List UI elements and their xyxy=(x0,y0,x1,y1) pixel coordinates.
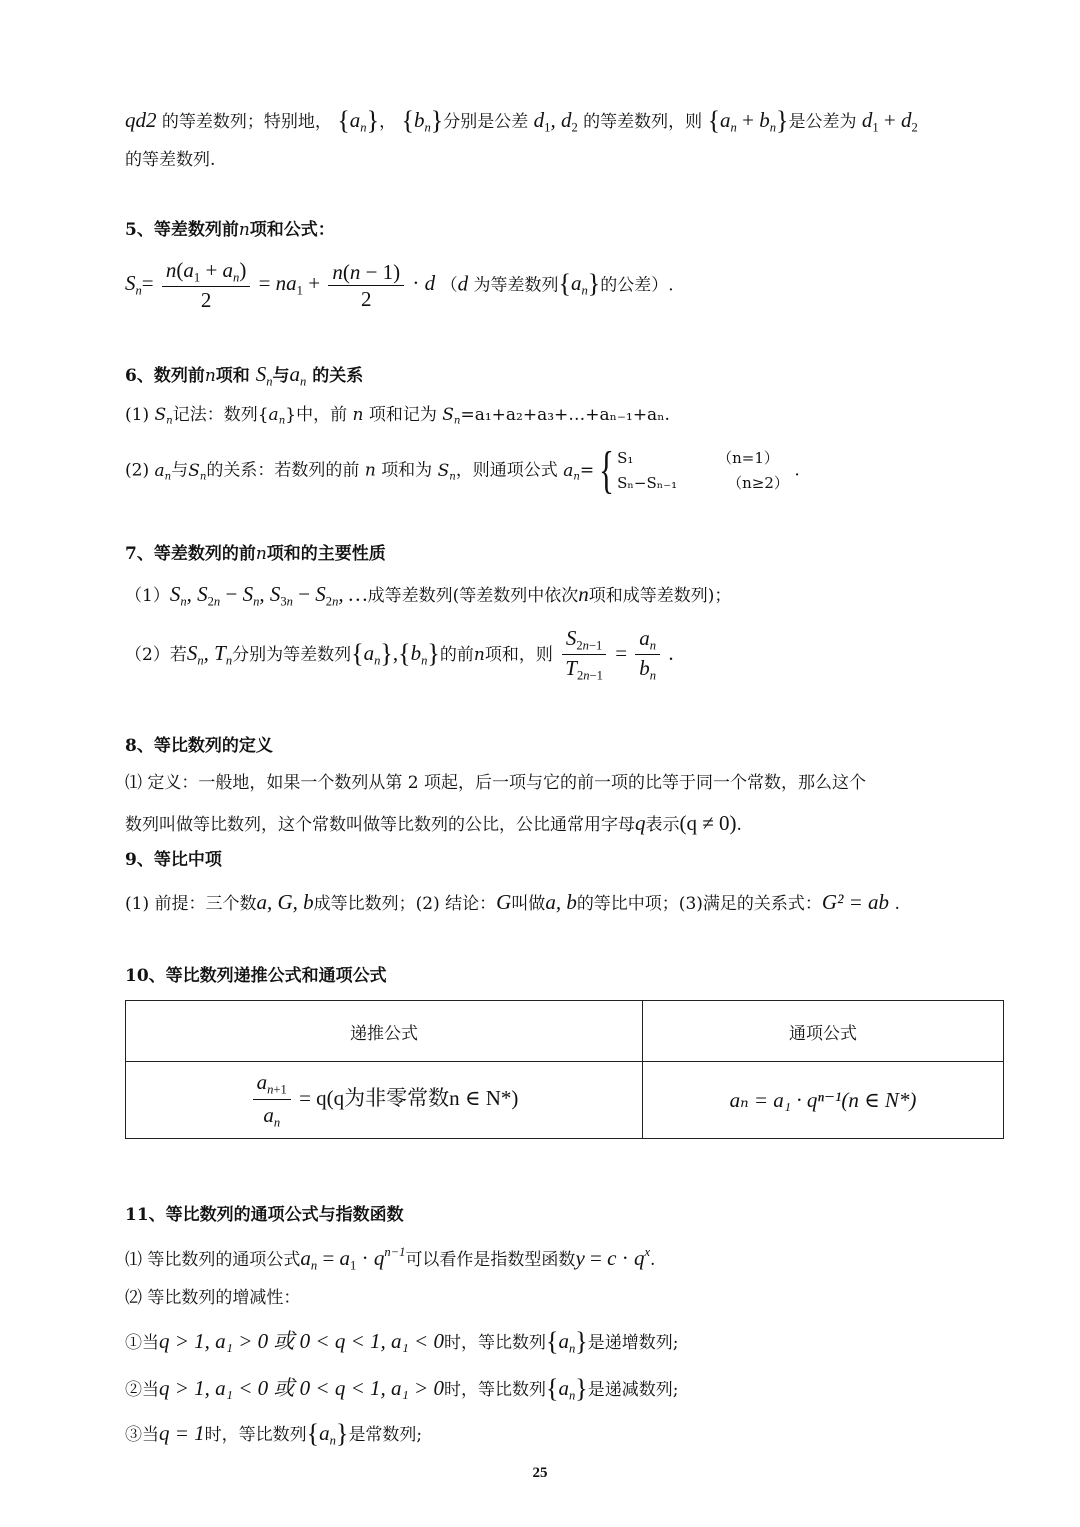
section-7-item-2: （2）若Sn, Tn分别为等差数列{an},{bn}的前n项和，则 S2n−1T… xyxy=(125,628,674,682)
section-8-line-1: ⑴ 定义：一般地，如果一个数列从第 2 项起，后一项与它的前一项的比等于同一个常… xyxy=(125,775,866,792)
math-d1-d2: d1, d2 xyxy=(534,108,578,132)
section-6-item-2: (2) an与Sn的关系：若数列的前 n 项和为 Sn，则通项公式 an={S₁… xyxy=(125,445,800,497)
math-set-an: {an} xyxy=(337,108,379,132)
table-cell-recursive: an+1an = q(q为非零常数n ∈ N*) xyxy=(126,1062,643,1139)
section-8-line-2: 数列叫做等比数列，这个常数叫做等比数列的公比，公比通常用字母q表示(q ≠ 0)… xyxy=(125,813,742,834)
section-11-item-2: ⑵ 等比数列的增减性： xyxy=(125,1290,300,1307)
intro-line-2: 的等差数列. xyxy=(125,152,215,169)
table-header-recursive: 递推公式 xyxy=(126,1001,643,1062)
section-7-item-1: （1）Sn, S2n − Sn, S3n − S2n, …成等差数列(等差数列中… xyxy=(125,584,731,608)
math-d1-plus-d2: d1 + d2 xyxy=(862,108,918,132)
page-number: 25 xyxy=(0,1465,1080,1482)
math-set-bn: {bn} xyxy=(401,108,443,132)
section-6-title: 6、数列前n项和 Sn与an 的关系 xyxy=(125,364,363,388)
section-7-title: 7、等差数列的前n项和的主要性质 xyxy=(125,546,386,563)
table-cell-general: aₙ = a₁ · qⁿ⁻¹(n ∈ N*) xyxy=(642,1062,1003,1139)
math-set-an-plus-bn: {an + bn} xyxy=(708,108,789,132)
sum-formula: Sn= n(a1 + an)2 = na1 + n(n − 1)2 · d xyxy=(125,271,435,295)
fraction-a-over-b: anbn xyxy=(635,628,660,682)
fraction-1: n(a1 + an)2 xyxy=(162,260,250,311)
section-11-title: 11、等比数列的通项公式与指数函数 xyxy=(125,1207,404,1224)
section-11-case-1: ①当q > 1, a₁ > 0 或 0 < q < 1, a₁ < 0时，等比数… xyxy=(125,1329,678,1355)
section-5-formula: Sn= n(a1 + an)2 = na1 + n(n − 1)2 · d （d… xyxy=(125,260,674,311)
section-11-case-3: ③当q = 1时，等比数列{an}是常数列; xyxy=(125,1421,422,1447)
section-9-title: 9、等比中项 xyxy=(125,852,222,869)
section-6-item-1: (1) Sn记法：数列{an}中，前 n 项和记为 Sn=a₁+a₂+a₃+…+… xyxy=(125,407,670,427)
math-qd2: qd2 xyxy=(125,108,157,132)
section-9-line: (1) 前提：三个数a, G, b成等比数列；(2) 结论：G叫做a, b的等比… xyxy=(125,892,900,913)
fraction-S-over-T: S2n−1T2n−1 xyxy=(561,628,607,682)
piecewise-cases: {S₁（n=1）Sₙ−Sₙ₋₁（n≥2） xyxy=(594,445,789,497)
table-row: an+1an = q(q为非零常数n ∈ N*) aₙ = a₁ · qⁿ⁻¹(… xyxy=(126,1062,1004,1139)
section-8-title: 8、等比数列的定义 xyxy=(125,738,273,755)
formula-table: 递推公式 通项公式 an+1an = q(q为非零常数n ∈ N*) aₙ = … xyxy=(125,1000,1004,1139)
section-11-item-1: ⑴ 等比数列的通项公式an = a1 · qn−1可以看作是指数型函数y = c… xyxy=(125,1246,655,1272)
intro-line-1: qd2 的等差数列；特别地， {an}， {bn}分别是公差 d1, d2 的等… xyxy=(125,108,918,134)
table-header-row: 递推公式 通项公式 xyxy=(126,1001,1004,1062)
table-header-general: 通项公式 xyxy=(642,1001,1003,1062)
section-11-case-2: ②当q > 1, a₁ < 0 或 0 < q < 1, a₁ > 0时，等比数… xyxy=(125,1376,678,1402)
section-5-title: 5、等差数列前n项和公式： xyxy=(125,222,335,239)
fraction-2: n(n − 1)2 xyxy=(328,262,404,310)
section-10-title: 10、等比数列递推公式和通项公式 xyxy=(125,968,387,985)
